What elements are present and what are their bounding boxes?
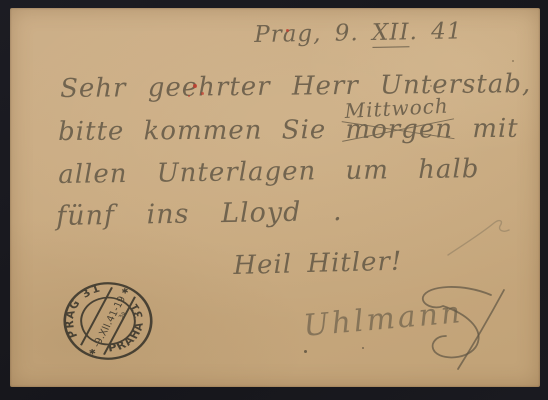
date-month: XII: [372, 19, 410, 48]
struck-word: morgen: [345, 114, 453, 145]
date-year: . 41: [409, 18, 462, 45]
closing-line: Heil Hitler!: [233, 247, 403, 281]
postmark-stamp: PRAG 31 PRAHA 31 ✱ ✱ -9.XII.41-19 3a: [61, 280, 155, 362]
red-speck: [188, 95, 190, 97]
faint-pencil-mark: [438, 203, 523, 265]
line2-post: mit: [472, 114, 519, 144]
signature-flourish: [295, 283, 515, 378]
message-line-3: allen Unterlagen um halb: [58, 154, 480, 190]
red-speck: [201, 92, 204, 95]
date-line: Prag, 9. XII. 41: [254, 18, 463, 48]
line2-pre: bitte kommen Sie: [58, 115, 326, 147]
paper-speck: [362, 347, 364, 349]
red-speck: [286, 29, 289, 32]
paper-speck: [512, 60, 514, 62]
date-place: Prag, 9.: [254, 20, 359, 48]
message-line-2: bitte kommen Sie morgen mit: [58, 114, 519, 147]
message-line-4: fünf ins Lloyd .: [56, 196, 343, 232]
red-speck: [193, 84, 197, 88]
photo-of-postcard: Prag, 9. XII. 41 Sehr geehrter Herr Unte…: [0, 0, 548, 400]
message-line-1: Sehr geehrter Herr Unterstab,: [60, 69, 531, 104]
paper-speck: [304, 350, 307, 353]
paper-speck: [430, 85, 432, 87]
